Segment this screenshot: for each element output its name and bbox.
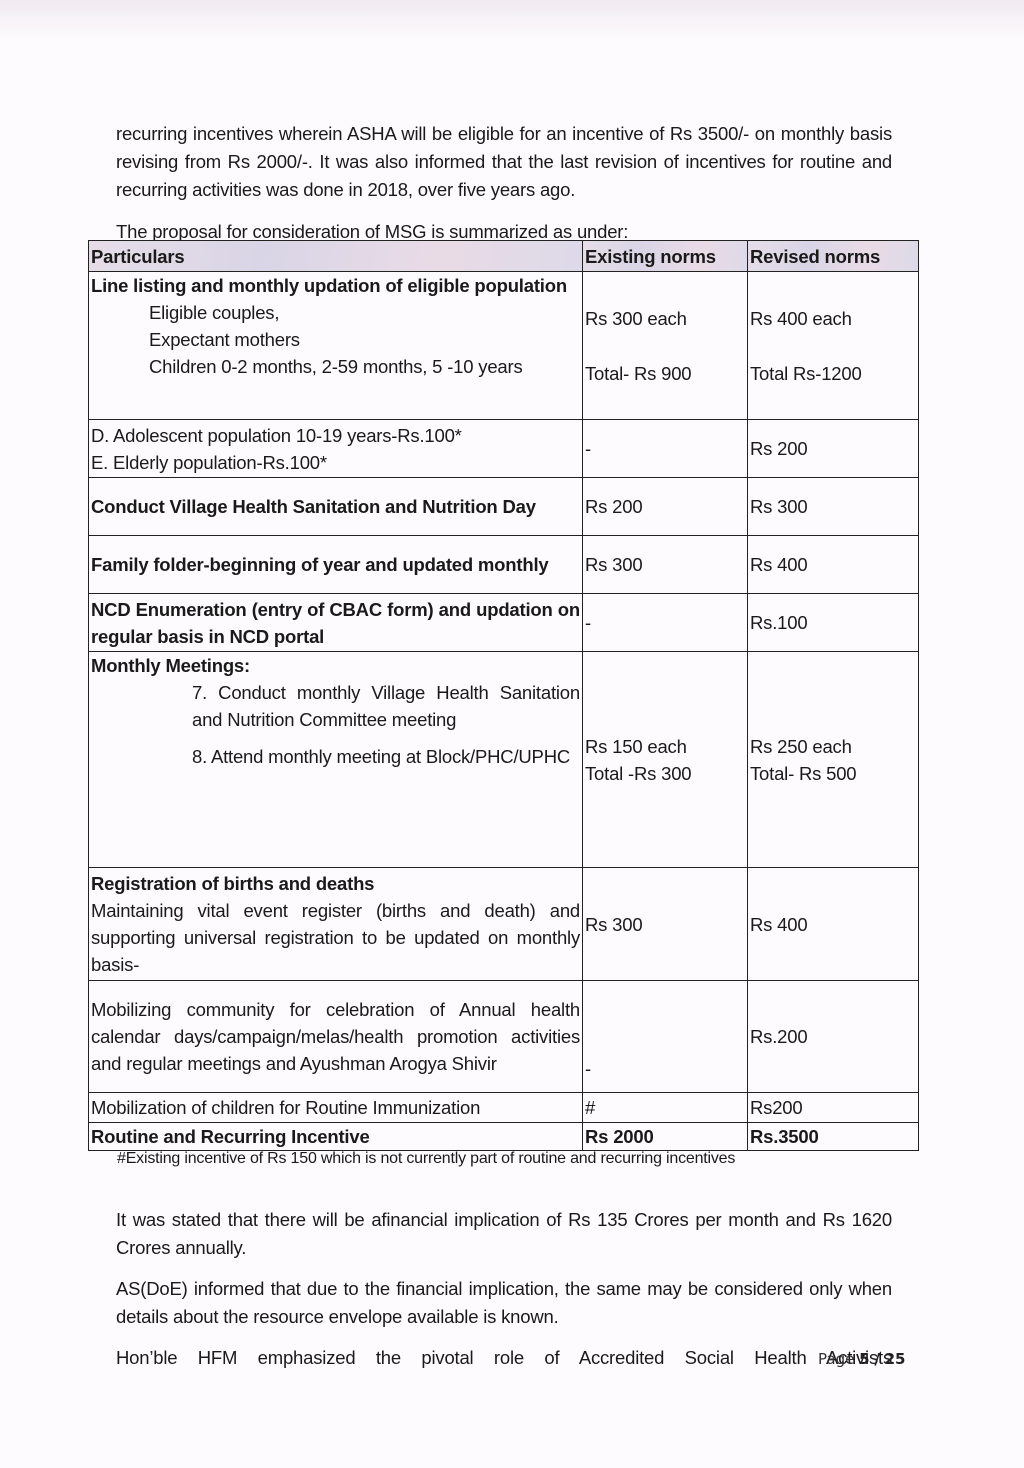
- page-current: 5: [859, 1350, 869, 1368]
- page-number: Page 5 / 25: [818, 1350, 905, 1368]
- table-row: Line listing and monthly updation of eli…: [89, 272, 919, 420]
- incentive-norms-table: Particulars Existing norms Revised norms…: [88, 240, 919, 1151]
- revised-cell: Rs 400 each Total Rs-1200: [748, 272, 919, 420]
- row-line: E. Elderly population-Rs.100*: [91, 449, 580, 476]
- revised-cell: Rs 200: [748, 420, 919, 478]
- scan-tint: [0, 0, 1024, 40]
- existing-cell: #: [583, 1093, 748, 1123]
- page-label: Page: [818, 1350, 854, 1368]
- row-description: Maintaining vital event register (births…: [91, 897, 580, 978]
- existing-cell: -: [583, 981, 748, 1093]
- table-row: Registration of births and deaths Mainta…: [89, 868, 919, 981]
- row-title: Monthly Meetings:: [91, 652, 580, 679]
- page-separator: /: [874, 1350, 879, 1368]
- existing-value: Rs 150 each: [585, 733, 745, 760]
- row-item: 7. Conduct monthly Village Health Sanita…: [91, 679, 580, 733]
- particulars-cell: Monthly Meetings: 7. Conduct monthly Vil…: [89, 652, 583, 868]
- row-item: Eligible couples,: [91, 299, 580, 326]
- table-row: Mobilization of children for Routine Imm…: [89, 1093, 919, 1123]
- table-row: Conduct Village Health Sanitation and Nu…: [89, 478, 919, 536]
- particulars-cell: Routine and Recurring Incentive: [89, 1123, 583, 1151]
- revised-total: Total Rs-1200: [750, 360, 916, 387]
- particulars-cell: NCD Enumeration (entry of CBAC form) and…: [89, 594, 583, 652]
- revised-cell: Rs 250 each Total- Rs 500: [748, 652, 919, 868]
- existing-total: Total -Rs 300: [585, 760, 745, 787]
- header-existing-norms: Existing norms: [583, 241, 748, 272]
- page-total: 25: [885, 1350, 906, 1368]
- revised-cell: Rs 400: [748, 868, 919, 981]
- row-item: 8. Attend monthly meeting at Block/PHC/U…: [91, 743, 580, 770]
- row-item: Children 0-2 months, 2-59 months, 5 -10 …: [91, 353, 580, 380]
- table-row: NCD Enumeration (entry of CBAC form) and…: [89, 594, 919, 652]
- revised-value: Rs 250 each: [750, 733, 916, 760]
- existing-cell: -: [583, 594, 748, 652]
- existing-cell: Rs 150 each Total -Rs 300: [583, 652, 748, 868]
- table-row: Monthly Meetings: 7. Conduct monthly Vil…: [89, 652, 919, 868]
- paragraph-intro: recurring incentives wherein ASHA will b…: [116, 120, 892, 204]
- row-line: D. Adolescent population 10-19 years-Rs.…: [91, 422, 580, 449]
- existing-cell: Rs 200: [583, 478, 748, 536]
- row-title: Registration of births and deaths: [91, 870, 580, 897]
- paragraph-hfm: Hon’ble HFM emphasized the pivotal role …: [116, 1344, 892, 1372]
- table-row: D. Adolescent population 10-19 years-Rs.…: [89, 420, 919, 478]
- header-particulars: Particulars: [89, 241, 583, 272]
- revised-cell: Rs200: [748, 1093, 919, 1123]
- row-item: Expectant mothers: [91, 326, 580, 353]
- revised-total: Total- Rs 500: [750, 760, 916, 787]
- table-footnote: #Existing incentive of Rs 150 which is n…: [117, 1150, 735, 1168]
- paragraph-financial: It was stated that there will be afinanc…: [116, 1206, 892, 1262]
- paragraph-asdoe: AS(DoE) informed that due to the financi…: [116, 1275, 892, 1331]
- existing-cell: Rs 300 each Total- Rs 900: [583, 272, 748, 420]
- revised-value: Rs 400 each: [750, 305, 916, 332]
- particulars-cell: D. Adolescent population 10-19 years-Rs.…: [89, 420, 583, 478]
- particulars-cell: Line listing and monthly updation of eli…: [89, 272, 583, 420]
- existing-value: Rs 300 each: [585, 305, 745, 332]
- existing-cell: Rs 300: [583, 868, 748, 981]
- revised-cell: Rs.200: [748, 981, 919, 1093]
- particulars-cell: Conduct Village Health Sanitation and Nu…: [89, 478, 583, 536]
- table-header-row: Particulars Existing norms Revised norms: [89, 241, 919, 272]
- revised-cell: Rs.3500: [748, 1123, 919, 1151]
- table-row-total: Routine and Recurring Incentive Rs 2000 …: [89, 1123, 919, 1151]
- existing-cell: Rs 300: [583, 536, 748, 594]
- header-revised-norms: Revised norms: [748, 241, 919, 272]
- revised-cell: Rs 400: [748, 536, 919, 594]
- table-row: Family folder-beginning of year and upda…: [89, 536, 919, 594]
- row-title: Line listing and monthly updation of eli…: [91, 272, 580, 299]
- particulars-cell: Mobilization of children for Routine Imm…: [89, 1093, 583, 1123]
- particulars-cell: Family folder-beginning of year and upda…: [89, 536, 583, 594]
- existing-cell: -: [583, 420, 748, 478]
- revised-cell: Rs.100: [748, 594, 919, 652]
- table-row: Mobilizing community for celebration of …: [89, 981, 919, 1093]
- existing-cell: Rs 2000: [583, 1123, 748, 1151]
- particulars-cell: Mobilizing community for celebration of …: [89, 981, 583, 1093]
- revised-cell: Rs 300: [748, 478, 919, 536]
- particulars-cell: Registration of births and deaths Mainta…: [89, 868, 583, 981]
- existing-total: Total- Rs 900: [585, 360, 745, 387]
